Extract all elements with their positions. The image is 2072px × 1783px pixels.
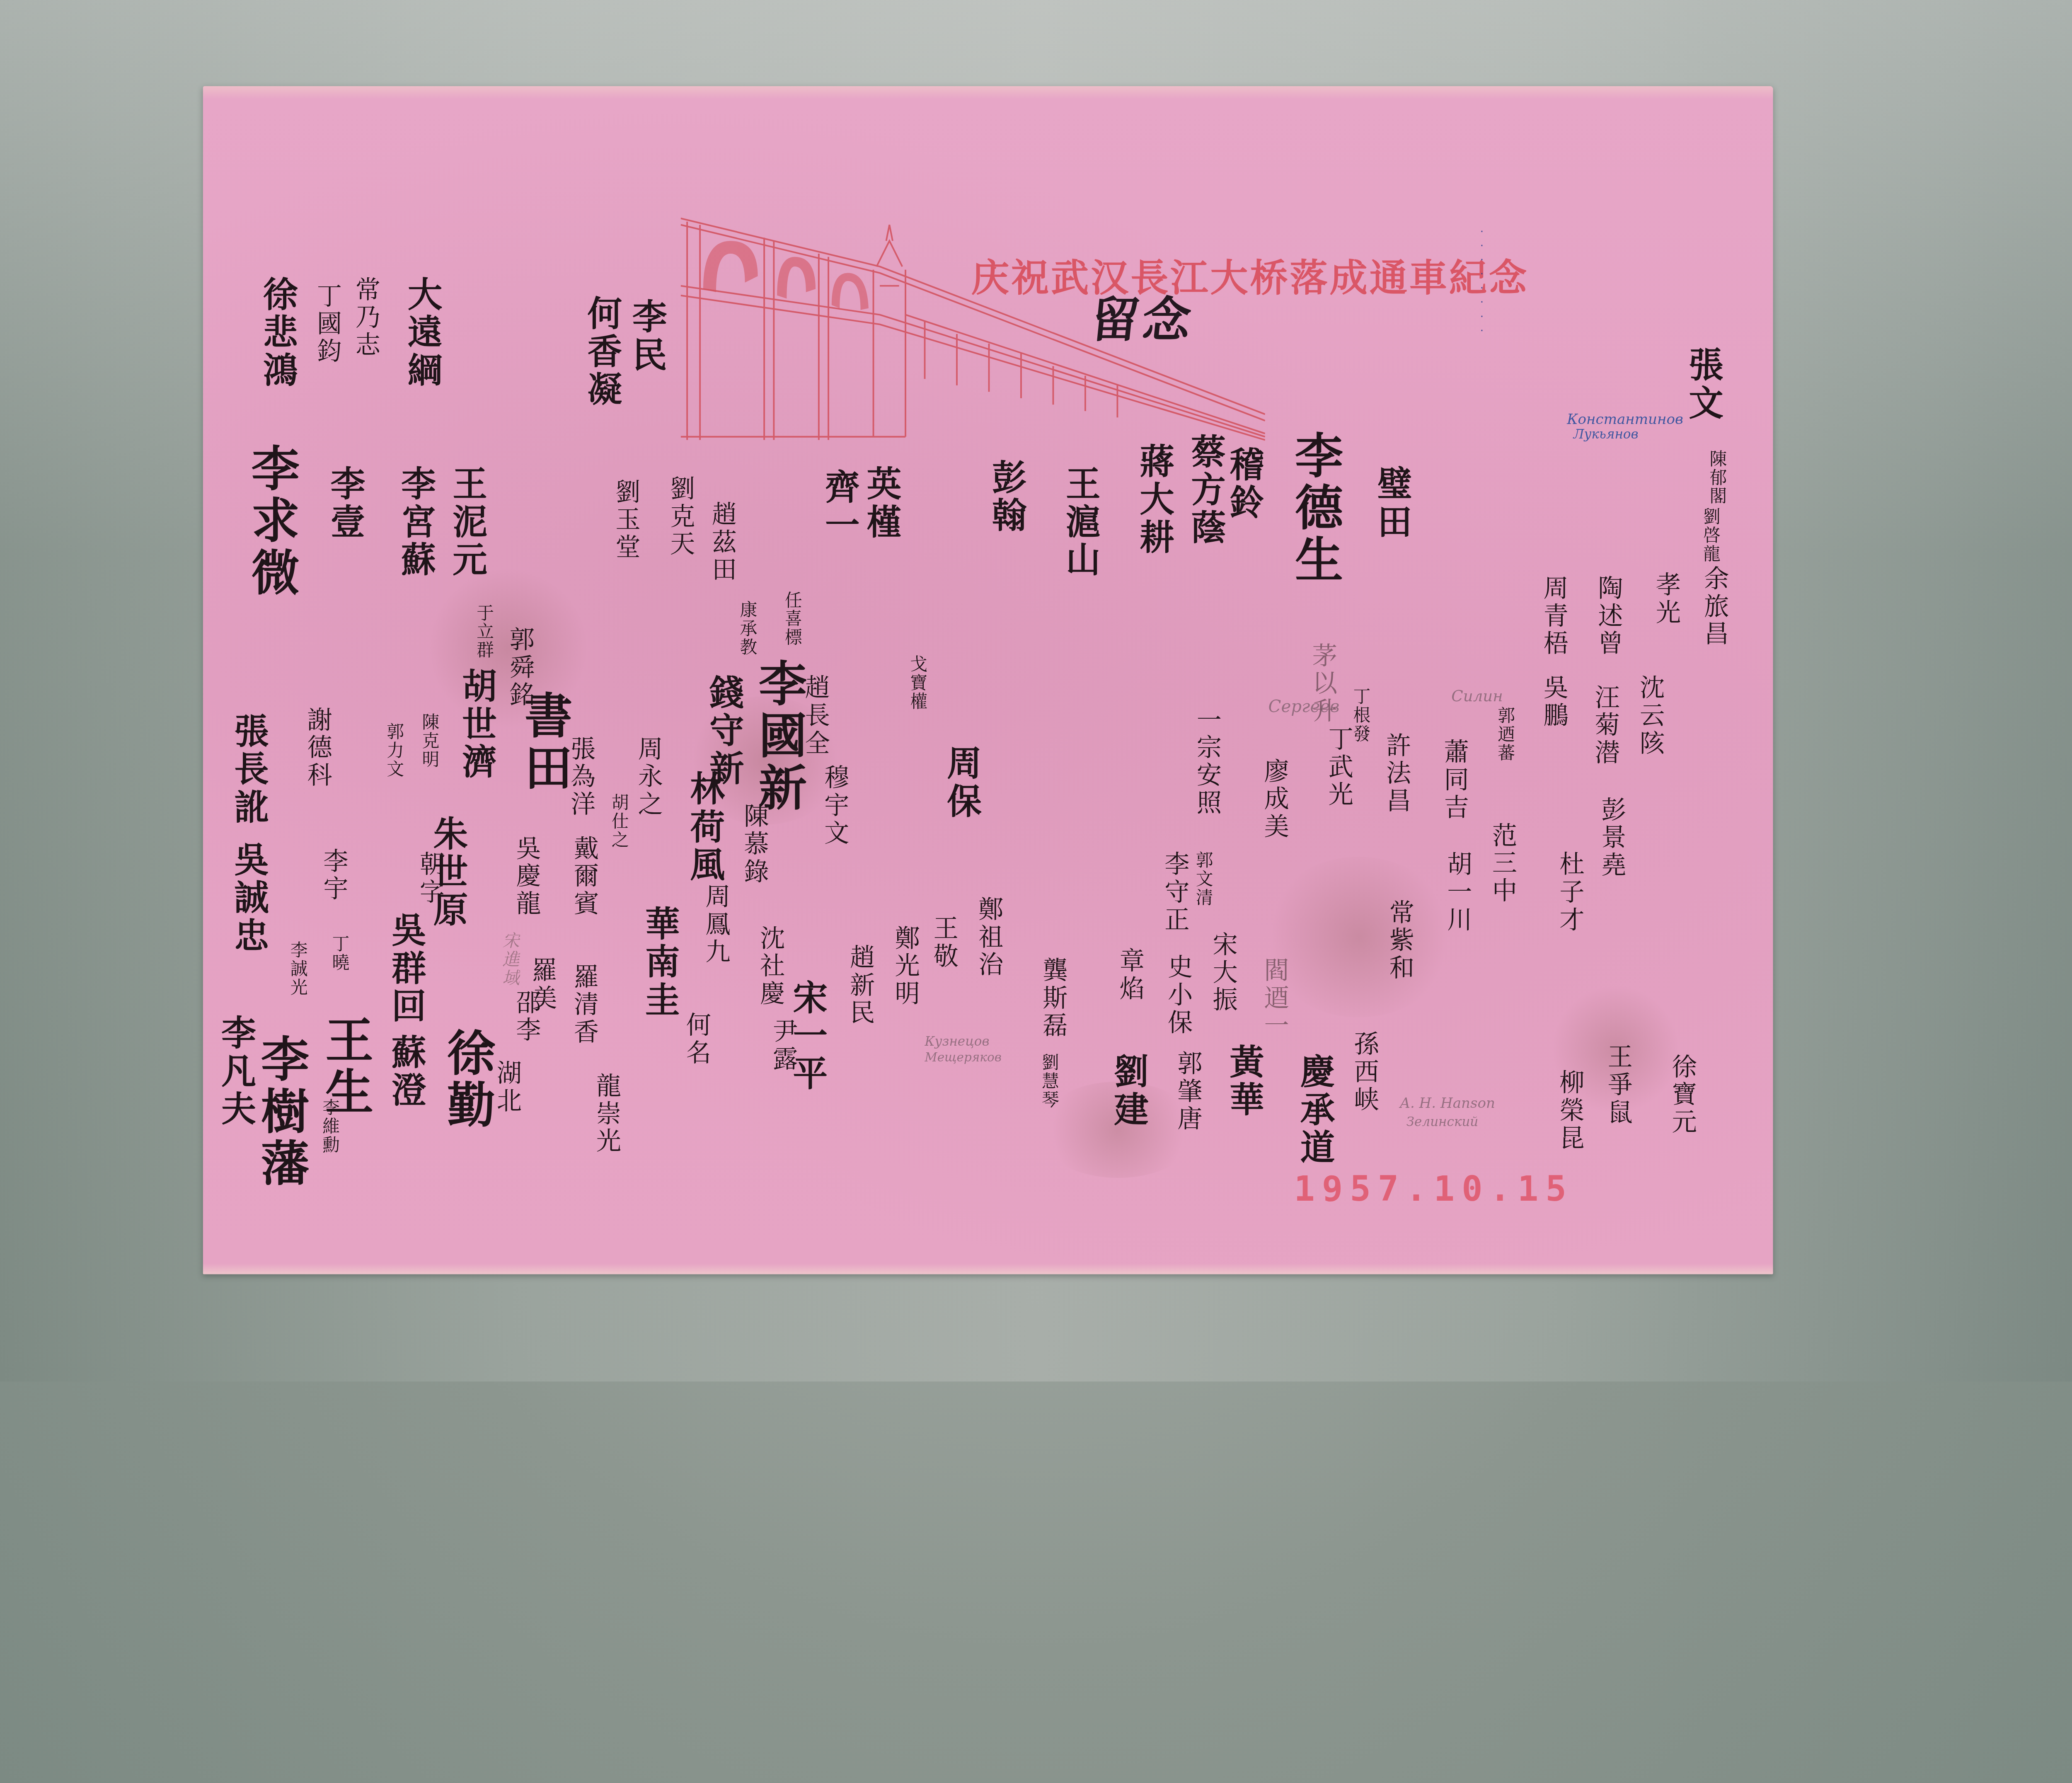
signature: 丁曉: [331, 935, 348, 972]
signature: 璧田: [1374, 466, 1409, 542]
signature: 周青梧: [1541, 575, 1566, 658]
blue-ink-signature: Лукьянов: [1573, 427, 1639, 442]
signature: 龍崇光: [594, 1073, 619, 1156]
signature: 蘇澄: [389, 1034, 424, 1110]
signature: 謝德科: [305, 707, 330, 790]
signature: 廖成美: [1262, 758, 1287, 841]
signature: 李宇: [321, 848, 346, 903]
signature: 王泥元: [450, 466, 484, 579]
signature: 王敬: [931, 915, 956, 970]
signature: 李宮蘇: [398, 466, 433, 579]
signature: 李守正: [1162, 851, 1187, 934]
signature: 穆宇文: [822, 764, 847, 847]
pencil-signature: Кузнецов: [925, 1034, 990, 1049]
signature: 劉玉堂: [613, 479, 638, 562]
signature: 湖北: [494, 1060, 519, 1115]
signature: 林荷風: [687, 771, 722, 884]
signature: 常乃志: [353, 276, 378, 359]
signature: 吳慶龍: [514, 835, 539, 918]
signature: 王滬山: [1063, 466, 1098, 579]
signature: 鄭祖治: [976, 896, 1001, 979]
signature: 常紫和: [1387, 899, 1412, 982]
signature: 胡世濟: [459, 668, 494, 782]
heading-liunian: 留念: [1088, 281, 1198, 350]
signature: 于立群: [475, 604, 493, 660]
stain: [1263, 857, 1455, 1017]
signature: 龔斯磊: [1040, 957, 1065, 1040]
signature: 李德生: [1291, 430, 1339, 586]
pencil-signature: Сергеев: [1268, 697, 1340, 716]
signature: 趙長全: [803, 674, 828, 757]
pencil-signature: A. H. Hanson: [1400, 1095, 1495, 1112]
blue-ink-signature: Константинов: [1567, 411, 1683, 428]
signature: 尹露: [771, 1018, 796, 1073]
signature: 孫西峡: [1352, 1031, 1377, 1114]
signature: 郭肇唐: [1175, 1050, 1200, 1133]
signature: 羅清香: [571, 964, 596, 1047]
signature: 戴爾賓: [571, 835, 596, 918]
signature: 余旅昌: [1702, 565, 1727, 648]
signature: 丁國鈞: [315, 283, 339, 366]
signature: 何香凝: [584, 296, 619, 409]
signature: 邵李: [514, 989, 539, 1044]
signature: 徐悲鴻: [260, 276, 295, 390]
signature: 任喜標: [784, 591, 801, 647]
signature: 王爭鼠: [1605, 1044, 1630, 1126]
signature: 劉建: [1111, 1053, 1146, 1129]
blue-margin-marks: · · · · · · · ·: [1477, 225, 1486, 346]
signature: 丁根發: [1352, 687, 1369, 743]
pencil-signature: Силин: [1451, 687, 1503, 705]
signature: 汪菊潜: [1593, 684, 1617, 767]
date-stamp: 1957.10.15: [1294, 1169, 1573, 1209]
signature: 趙新民: [848, 944, 873, 1027]
signature: 郭迺蕃: [1496, 707, 1514, 763]
pencil-signature: Мещеряков: [925, 1050, 1002, 1064]
signature: 宋大振: [1210, 931, 1235, 1014]
signature: 劉啓龍: [1702, 507, 1719, 563]
signature: 周鳳九: [703, 883, 728, 966]
signature: 章焰: [1117, 947, 1142, 1003]
signature: 劉克天: [668, 475, 693, 558]
signature: 李誠光: [289, 941, 306, 997]
signature: 一宗安照: [1194, 707, 1219, 817]
signature: 齊一: [822, 469, 857, 545]
signature: 許法昌: [1384, 732, 1409, 815]
signature: 周保: [944, 745, 979, 821]
signature: 蕭同吉: [1442, 739, 1467, 821]
signature: 朝字: [417, 851, 442, 906]
signature: 孝光: [1653, 572, 1678, 627]
signature: 宋進域: [501, 931, 518, 987]
signature: 范三中: [1490, 822, 1515, 905]
signature: 書田: [520, 690, 568, 795]
signature: 杜子才: [1557, 851, 1582, 934]
signature: 黃華: [1227, 1044, 1261, 1119]
signature: 蔣大耕: [1137, 443, 1172, 557]
signature: 郭文清: [1194, 851, 1212, 907]
signature: 胡一川: [1445, 851, 1470, 934]
signature: 彭景堯: [1599, 797, 1624, 879]
signature: 李求微: [247, 443, 295, 599]
signature: 吳群回: [389, 912, 424, 1026]
signature: 周永之: [636, 735, 661, 818]
signature: 戈寶權: [909, 655, 926, 711]
signature: 李樹藩: [257, 1034, 305, 1190]
signature: 陳郁閣: [1708, 450, 1726, 506]
signature: 丁武光: [1326, 726, 1351, 809]
signature: 張長訛: [231, 713, 266, 826]
signature: 鄭光明: [893, 925, 917, 1008]
signature: 胡仕之: [610, 793, 627, 849]
signature: 英槿: [864, 466, 898, 542]
signature: 閻逎一: [1262, 957, 1287, 1040]
signature: 吳鵬: [1541, 674, 1566, 729]
signature: 何名: [684, 1012, 709, 1067]
signature: 柳榮昆: [1557, 1069, 1582, 1152]
signature: 陶述曾: [1596, 575, 1621, 658]
signature: 蔡方蔭: [1188, 434, 1223, 547]
printed-title: 庆祝武汉長江大桥落成通車紀念: [971, 247, 1529, 302]
signature: 陳慕錄: [742, 803, 767, 886]
signature: 劉慧琴: [1040, 1053, 1058, 1109]
photo-stage: 庆祝武汉長江大桥落成通車紀念 留念 · · · · · · · · 1957.1…: [0, 0, 2072, 1381]
pencil-signature: Зелинский: [1406, 1114, 1479, 1129]
signature: 史小保: [1166, 954, 1191, 1037]
signature: 康承教: [738, 601, 756, 657]
signature: 大遠綱: [404, 276, 439, 390]
signature: 徐勤: [443, 1027, 491, 1131]
signature: 吳誠忠: [231, 841, 266, 955]
signature: 李國新: [755, 658, 803, 814]
signature: 陳克明: [421, 713, 438, 769]
signature: 沈云陔: [1638, 674, 1663, 757]
signature: 張文: [1686, 347, 1721, 423]
signature: 華南圭: [642, 906, 677, 1019]
signature: 徐寶元: [1670, 1053, 1694, 1136]
signature: 慶承道: [1297, 1053, 1332, 1167]
signature: 稽鈴: [1227, 446, 1261, 522]
signature: 李維勳: [321, 1098, 339, 1154]
signature: 彭翰: [989, 459, 1024, 535]
signature: 李民: [629, 299, 664, 375]
signature: 李壹: [327, 466, 362, 542]
signature: 沈社慶: [758, 925, 783, 1008]
signature: 李凡夫: [218, 1015, 253, 1128]
signature: 趙茲田: [709, 501, 734, 584]
signature: 郭力文: [385, 722, 403, 778]
